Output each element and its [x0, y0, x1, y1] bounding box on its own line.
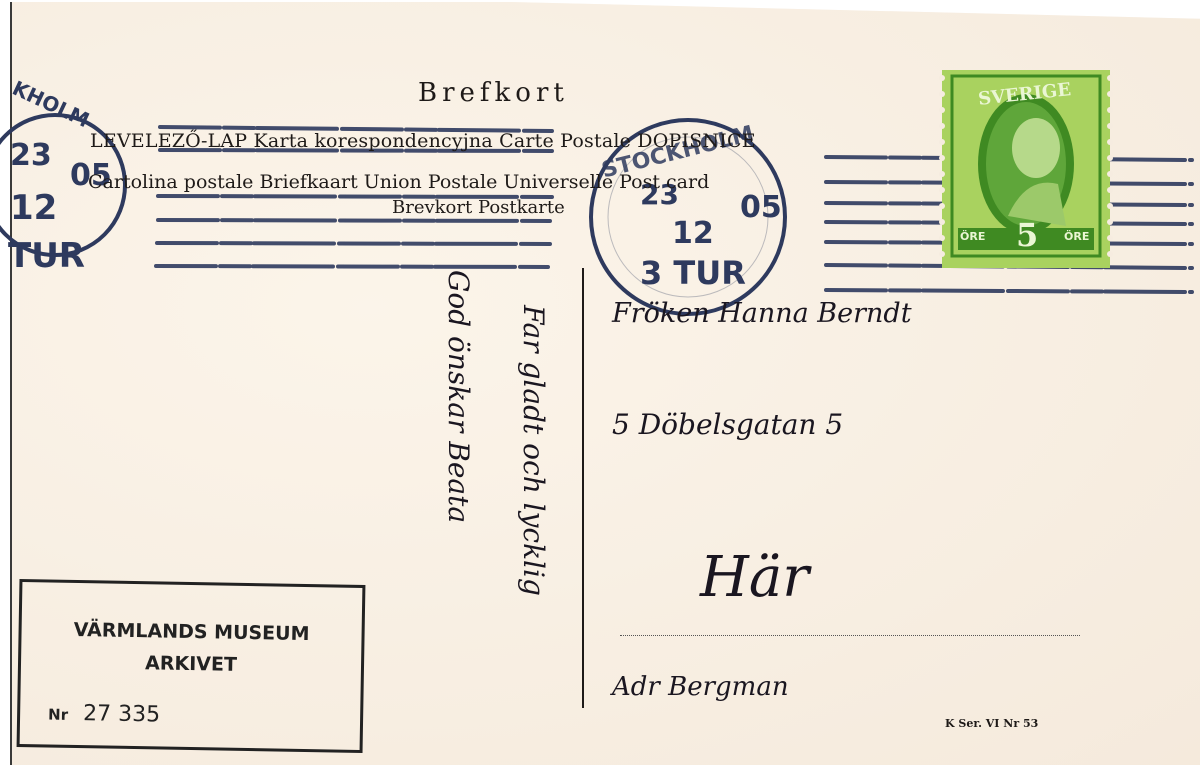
archive-stamp-line-2: ARKIVET	[21, 650, 361, 678]
series-mark: K Ser. VI Nr 53	[945, 717, 1038, 730]
archive-number-value: 27 335	[83, 701, 160, 727]
center-divider	[582, 268, 584, 708]
archive-number: Nr 27 335	[48, 701, 160, 728]
postmark-left-date-day: 23	[10, 138, 52, 173]
message-line-1: Far gladt och lycklig	[517, 305, 550, 596]
stamp-currency-left: ÖRE	[960, 230, 985, 243]
archive-number-label: Nr	[48, 706, 68, 724]
multilingual-line-2: Cartolina postale Briefkaart Union Posta…	[88, 171, 709, 193]
sender-name: Fröken Hanna Berndt	[612, 298, 912, 329]
street-address: 5 Döbelsgatan 5	[612, 408, 843, 441]
multilingual-line-1: LEVELEZŐ-LAP Karta korespondencyjna Cart…	[90, 130, 756, 152]
recipient: Adr Bergman	[612, 672, 789, 702]
archive-stamp-line-1: VÄRMLANDS MUSEUM	[21, 618, 361, 646]
postmark-center-date-year: 05	[740, 190, 782, 225]
city: Här	[700, 545, 809, 610]
stamp-value: 5	[1016, 216, 1038, 254]
postmark-left-date-month: 12	[10, 188, 57, 228]
stamp-currency-right: ÖRE	[1064, 230, 1089, 243]
postmark-center-date-month: 12	[672, 216, 714, 251]
card-title: Brefkort	[418, 78, 569, 108]
postmark-left-line: TUR	[8, 236, 85, 276]
archive-stamp: VÄRMLANDS MUSEUM ARKIVET Nr 27 335	[17, 579, 366, 753]
postage-stamp: SVERIGE ÖRE 5 ÖRE	[938, 66, 1114, 272]
address-dotted-line	[620, 635, 1080, 636]
message-line-2: God önskar Beata	[442, 270, 475, 523]
multilingual-line-3: Brevkort Postkarte	[392, 197, 565, 218]
postmark-center-line: 3 TUR	[640, 254, 746, 292]
